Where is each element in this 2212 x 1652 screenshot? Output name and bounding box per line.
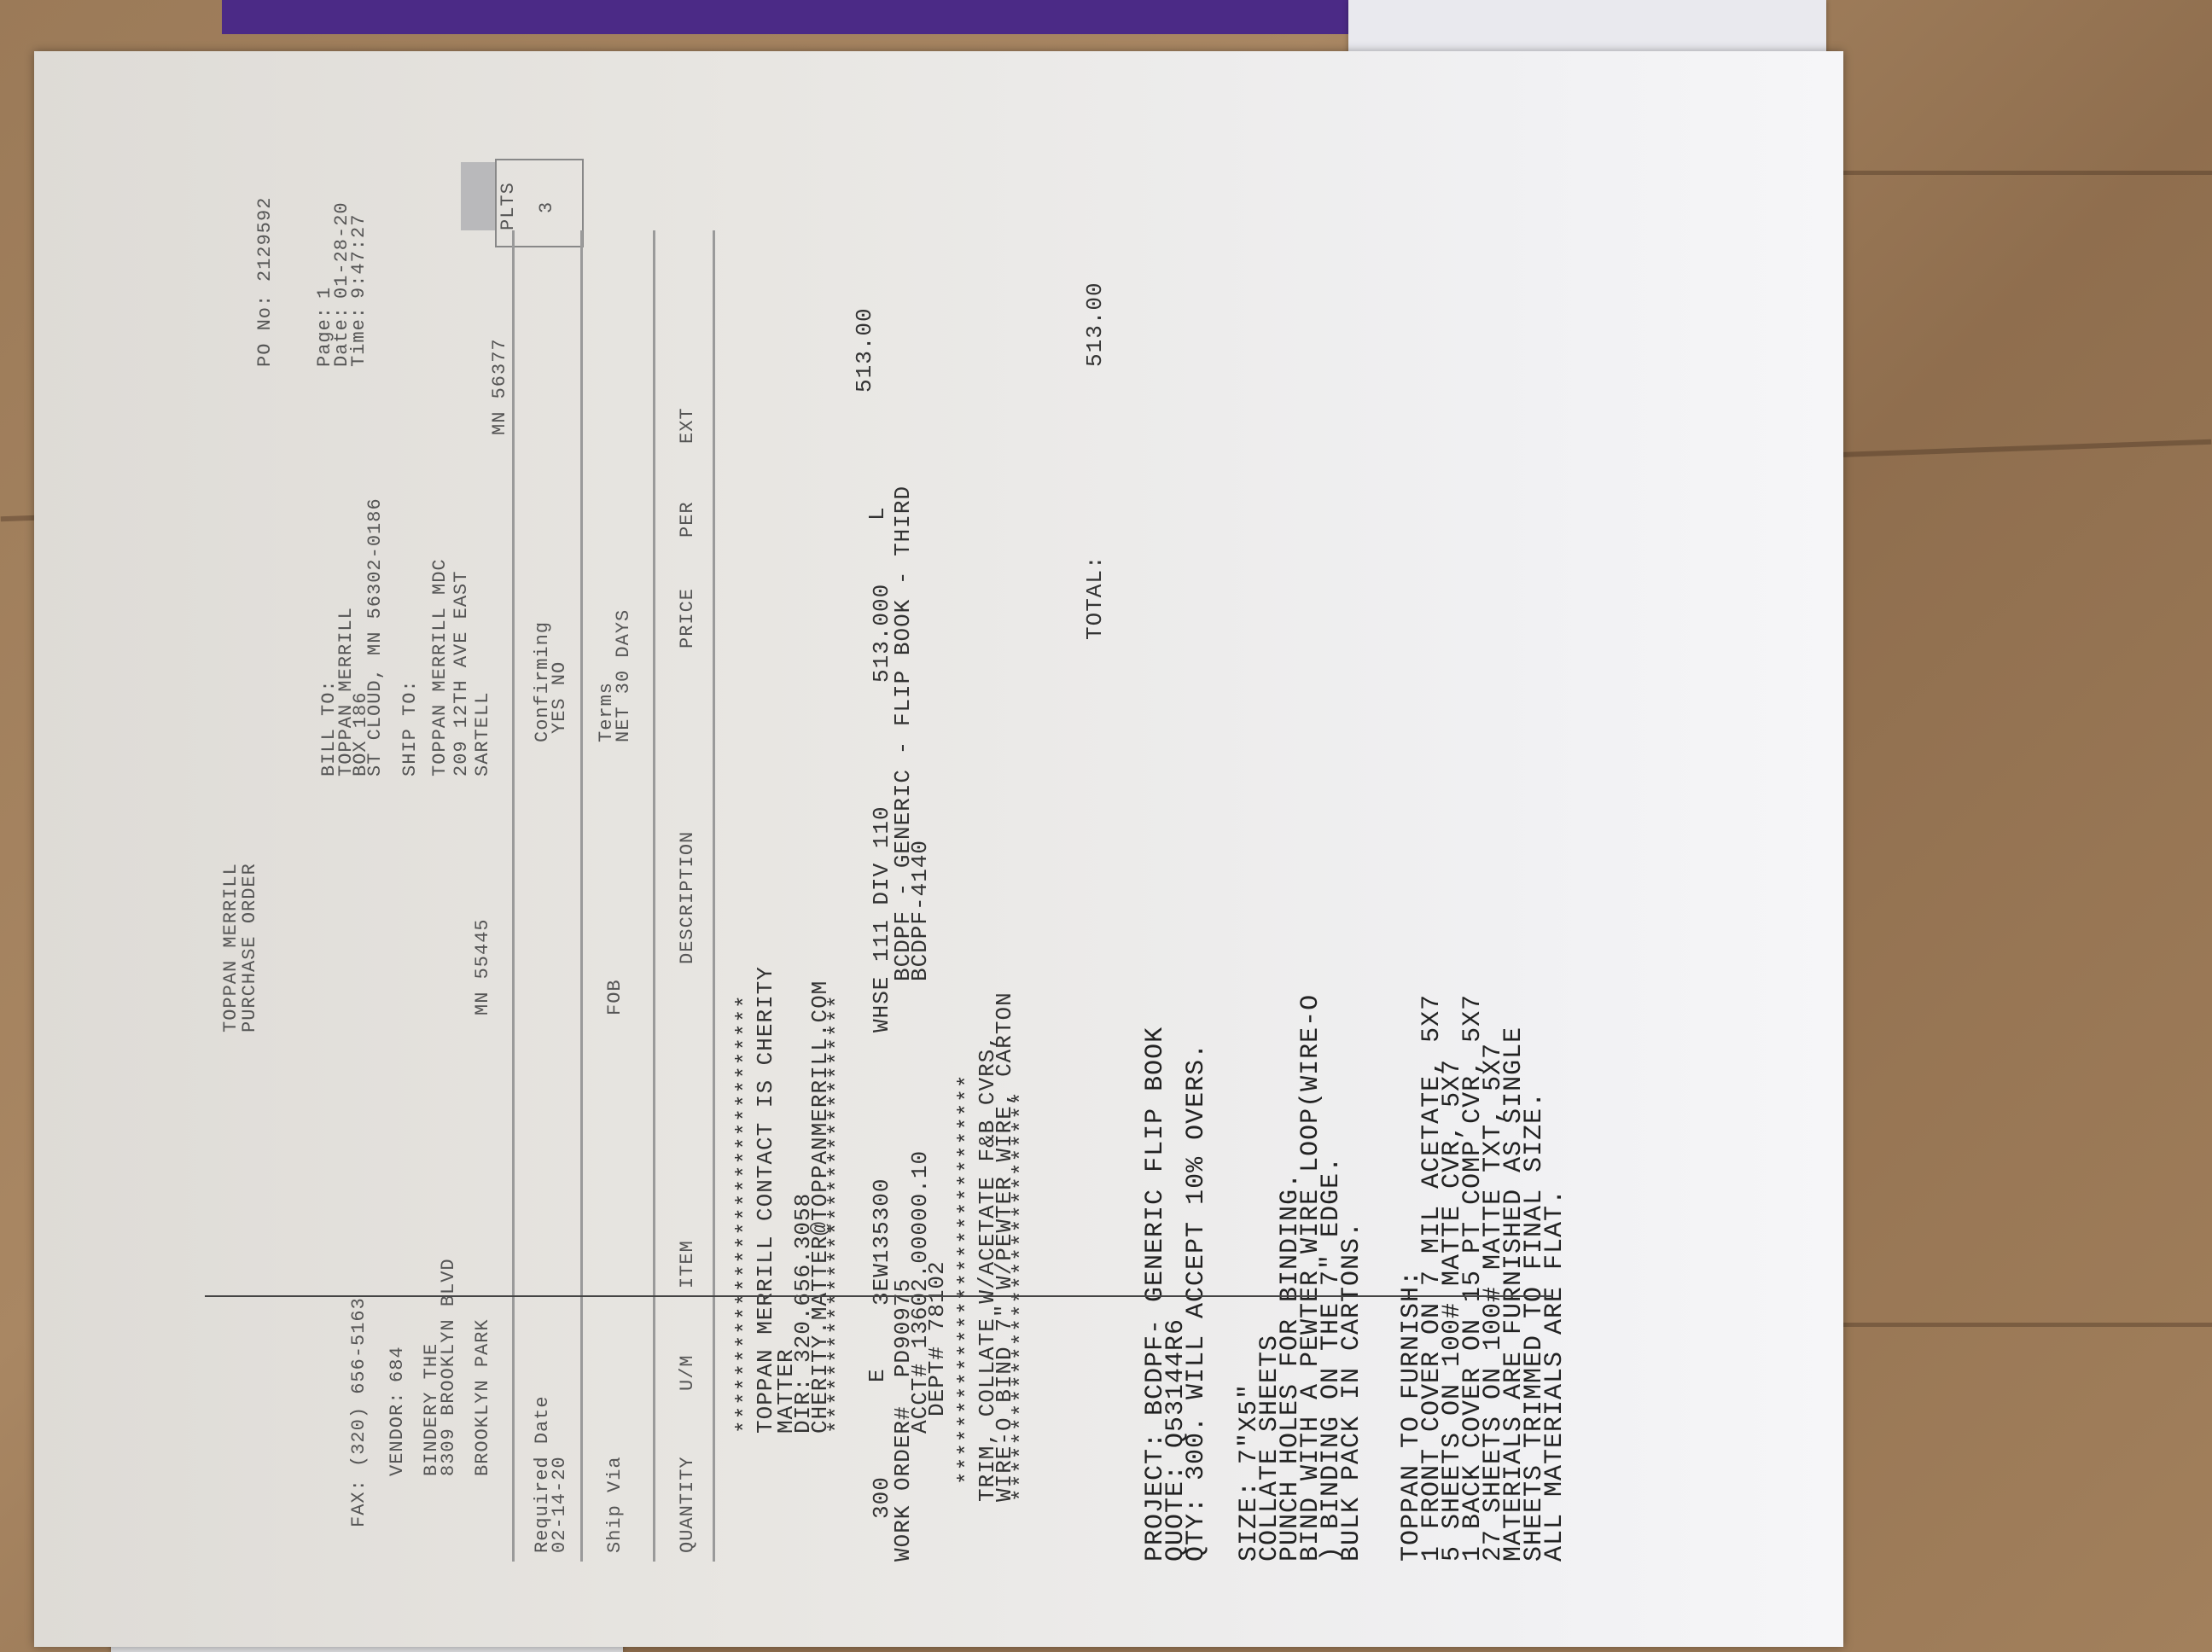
ship-to-state-zip: MN 56377 (491, 338, 509, 435)
divider (653, 230, 655, 1562)
form-title: PURCHASE ORDER (241, 863, 259, 1032)
po-number: 2129592 (256, 197, 275, 282)
column-item: ITEM (678, 1240, 697, 1288)
ship-to-name: TOPPAN MERRILL MDC (431, 558, 450, 777)
line-description: BCDPF-4140 (909, 840, 931, 981)
spec-line: BULK PACK IN CARTONS. (1340, 1221, 1364, 1562)
plts-header-shade (461, 162, 495, 230)
fold-line (205, 1295, 1553, 1297)
confirming-value: YES NO (550, 661, 569, 734)
divider (580, 230, 583, 1562)
purchase-order-document: TOPPAN MERRILL PURCHASE ORDER PO No: 212… (205, 94, 1912, 1630)
plts-label: PLTS (499, 182, 518, 230)
divider (512, 230, 515, 1562)
line-dept: DEPT# 78102 (926, 1260, 948, 1416)
line-ext: 513.00 (853, 307, 876, 393)
company-title: TOPPAN MERRILL (222, 863, 241, 1032)
vendor-state-zip: MN 55445 (474, 918, 492, 1015)
purple-folder-edge (222, 0, 1357, 34)
ship-to-city: SARTELL (474, 692, 492, 777)
time-label: Time: (350, 306, 369, 367)
divider (713, 230, 715, 1562)
project-line: QTY: 300. WILL ACCEPT 10% OVERS. (1185, 1043, 1208, 1562)
column-ext: EXT (678, 407, 697, 444)
terms-value: NET 30 DAYS (614, 609, 633, 742)
line-um: E (866, 1368, 888, 1382)
column-price: PRICE (678, 588, 697, 649)
plts-value: 3 (538, 201, 556, 213)
required-date-value: 02-14-20 (550, 1456, 569, 1553)
po-number-label: PO No: (256, 294, 275, 367)
ship-to-address: 209 12TH AVE EAST (452, 571, 471, 777)
purchase-order-paper: TOPPAN MERRILL PURCHASE ORDER PO No: 212… (34, 51, 1843, 1647)
column-um: U/M (678, 1354, 697, 1391)
vendor-label: VENDOR: (388, 1392, 407, 1476)
total-label: TOTAL: (1084, 555, 1106, 640)
vendor-city: BROOKLYN PARK (474, 1318, 492, 1476)
ship-via-label: Ship Via (606, 1456, 625, 1553)
column-description: DESCRIPTION (678, 831, 697, 964)
ship-to-label: SHIP TO: (401, 679, 420, 777)
time-value: 9:47:27 (350, 214, 369, 299)
bill-to-line: ST CLOUD, MN 56302-0186 (366, 497, 385, 777)
vendor-address: 8309 BROOKLYN BLVD (439, 1258, 458, 1476)
fax-number: FAX: (320) 656-5163 (350, 1297, 369, 1527)
total-value: 513.00 (1084, 282, 1106, 367)
column-quantity: QUANTITY (678, 1456, 697, 1553)
column-per: PER (678, 501, 697, 538)
contact-line: ******************************* (826, 994, 848, 1434)
fob-label: FOB (606, 979, 625, 1015)
furnish-line: ALL MATERIALS ARE FLAT. (1543, 1189, 1567, 1562)
vendor-number: 684 (388, 1346, 407, 1382)
line-per: L (866, 506, 888, 521)
